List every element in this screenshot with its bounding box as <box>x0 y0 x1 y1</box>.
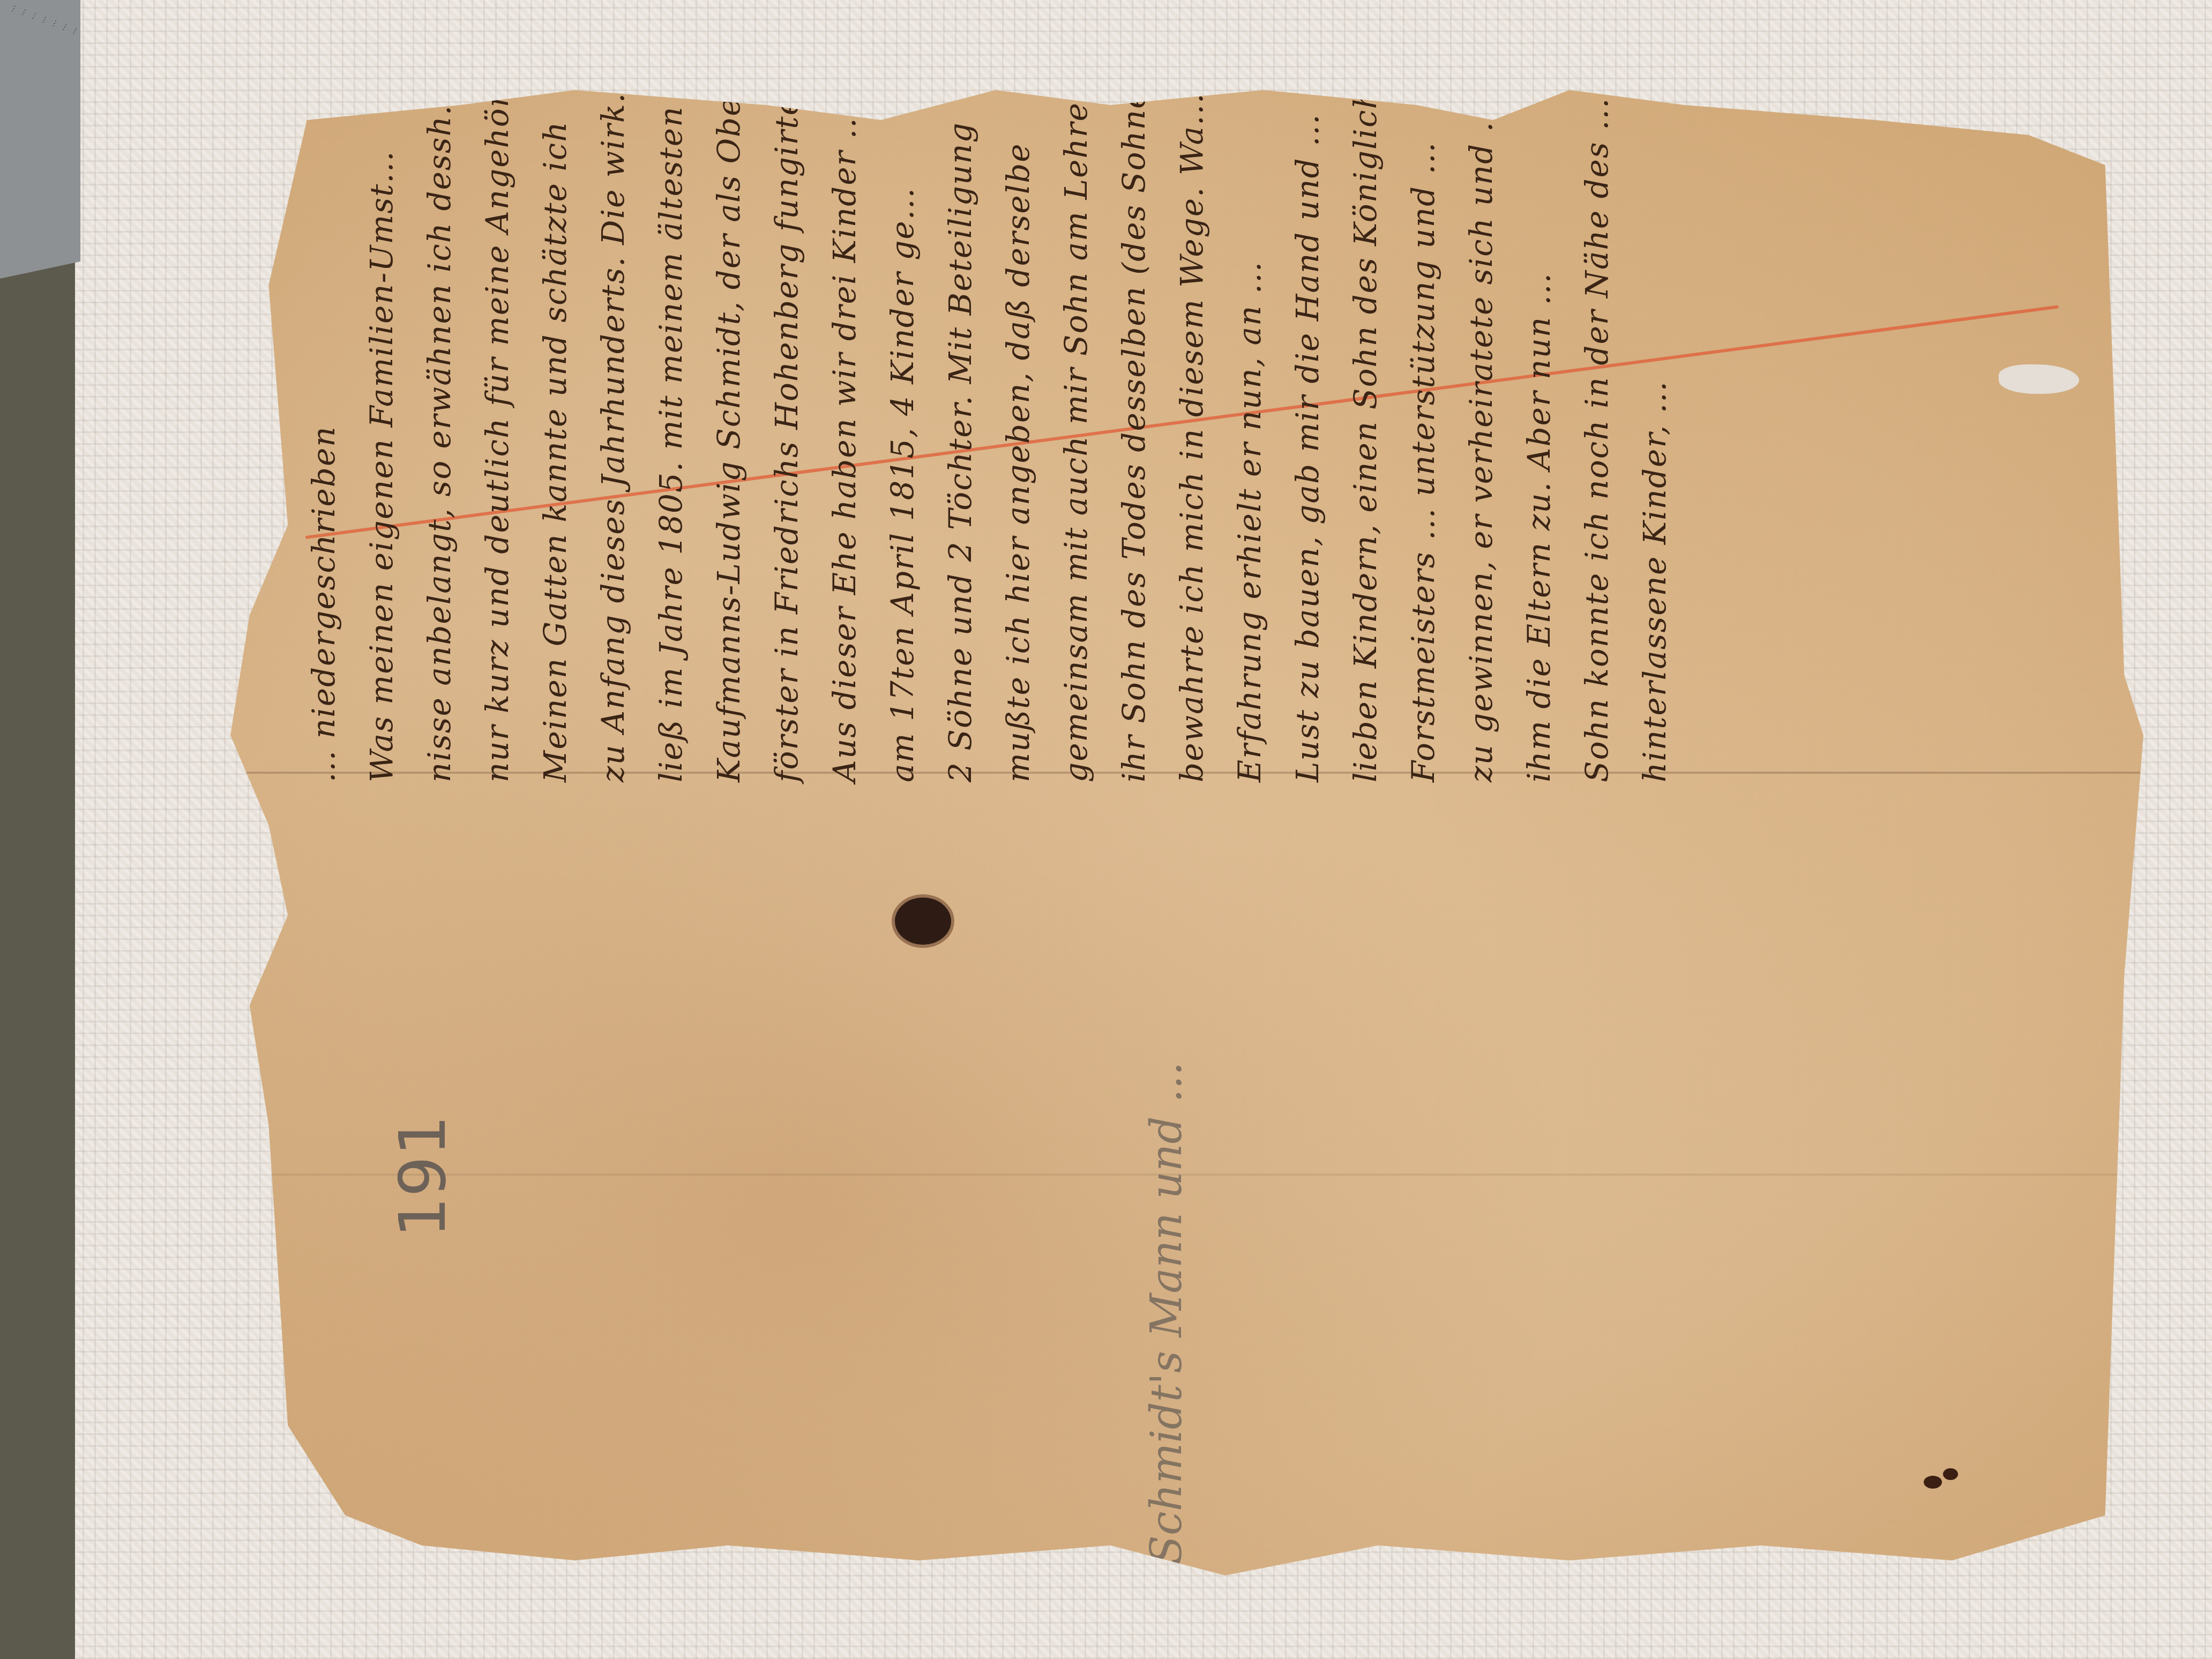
ink-blot <box>895 898 951 945</box>
manuscript-line: hinterlassene Kinder, ... <box>1626 107 1684 782</box>
ink-spots <box>1924 1468 1961 1490</box>
paper-hole <box>1999 364 2079 394</box>
manuscript-line: ihr Sohn des Todes desselben (des Sohnes… <box>1105 107 1163 782</box>
manuscript-line: Was meinen eigenen Familien-Umst... <box>353 107 410 782</box>
manuscript-line: Meinen Gatten kannte und schätzte ich <box>526 107 584 782</box>
manuscript-line: mußte ich hier angeben, daß derselbe <box>989 107 1047 782</box>
manuscript-sheet: ... niedergeschrieben Was meinen eigenen… <box>230 75 2143 1575</box>
manuscript-line: nisse anbelangt, so erwähnen ich dessh..… <box>410 107 468 782</box>
manuscript-line: Forstmeisters ... unterstützung und ... <box>1394 107 1452 782</box>
manuscript-line: Erfahrung erhielt er nun, an ... <box>1221 107 1279 782</box>
pencil-number-annotation: 191 <box>386 1115 460 1238</box>
manuscript-line: gemeinsam mit auch mir Sohn am Lehre... <box>1047 107 1105 782</box>
handwritten-text: ... niedergeschrieben Was meinen eigenen… <box>295 107 2063 782</box>
manuscript-line: am 17ten April 1815, 4 Kinder ge... <box>873 107 931 782</box>
manuscript-line: zu gewinnen, er verheiratete sich und ..… <box>1452 107 1510 782</box>
pencil-note-annotation: Schmidt's Mann und ... <box>1141 1062 1191 1565</box>
manuscript-line: 2 Söhne und 2 Töchter. Mit Beteiligung <box>931 107 989 782</box>
printed-text: ... ... ... ... ... ... ... ... ... <box>5 0 80 43</box>
manuscript-line: ... niedergeschrieben <box>295 107 353 782</box>
manuscript-line: Sohn konnte ich noch in der Nähe des ... <box>1568 107 1626 782</box>
manuscript-line: ließ im Jahre 1805. mit meinem ältesten <box>642 107 700 782</box>
manuscript-line: Kaufmanns-Ludwig Schmidt, der als Ober- <box>700 107 758 782</box>
manuscript-line: nur kurz und deutlich für meine Angehöri… <box>468 107 526 782</box>
manuscript-line: zu Anfang dieses Jahrhunderts. Die wirk.… <box>584 107 642 782</box>
manuscript-line: lieben Kindern, einen Sohn des Königlich… <box>1336 107 1394 782</box>
manuscript-line: bewahrte ich mich in diesem Wege. Wa... <box>1163 107 1221 782</box>
manuscript-line: förster in Friedrichs Hohenberg fungirte <box>758 107 816 782</box>
manuscript-line: ihm die Eltern zu. Aber nun ... <box>1510 107 1568 782</box>
printed-page-corner: ... ... ... ... ... ... ... ... ... <box>0 0 80 279</box>
manuscript-line: Aus dieser Ehe haben wir drei Kinder ... <box>816 107 873 782</box>
manuscript-line: Lust zu bauen, gab mir die Hand und ... <box>1279 107 1336 782</box>
